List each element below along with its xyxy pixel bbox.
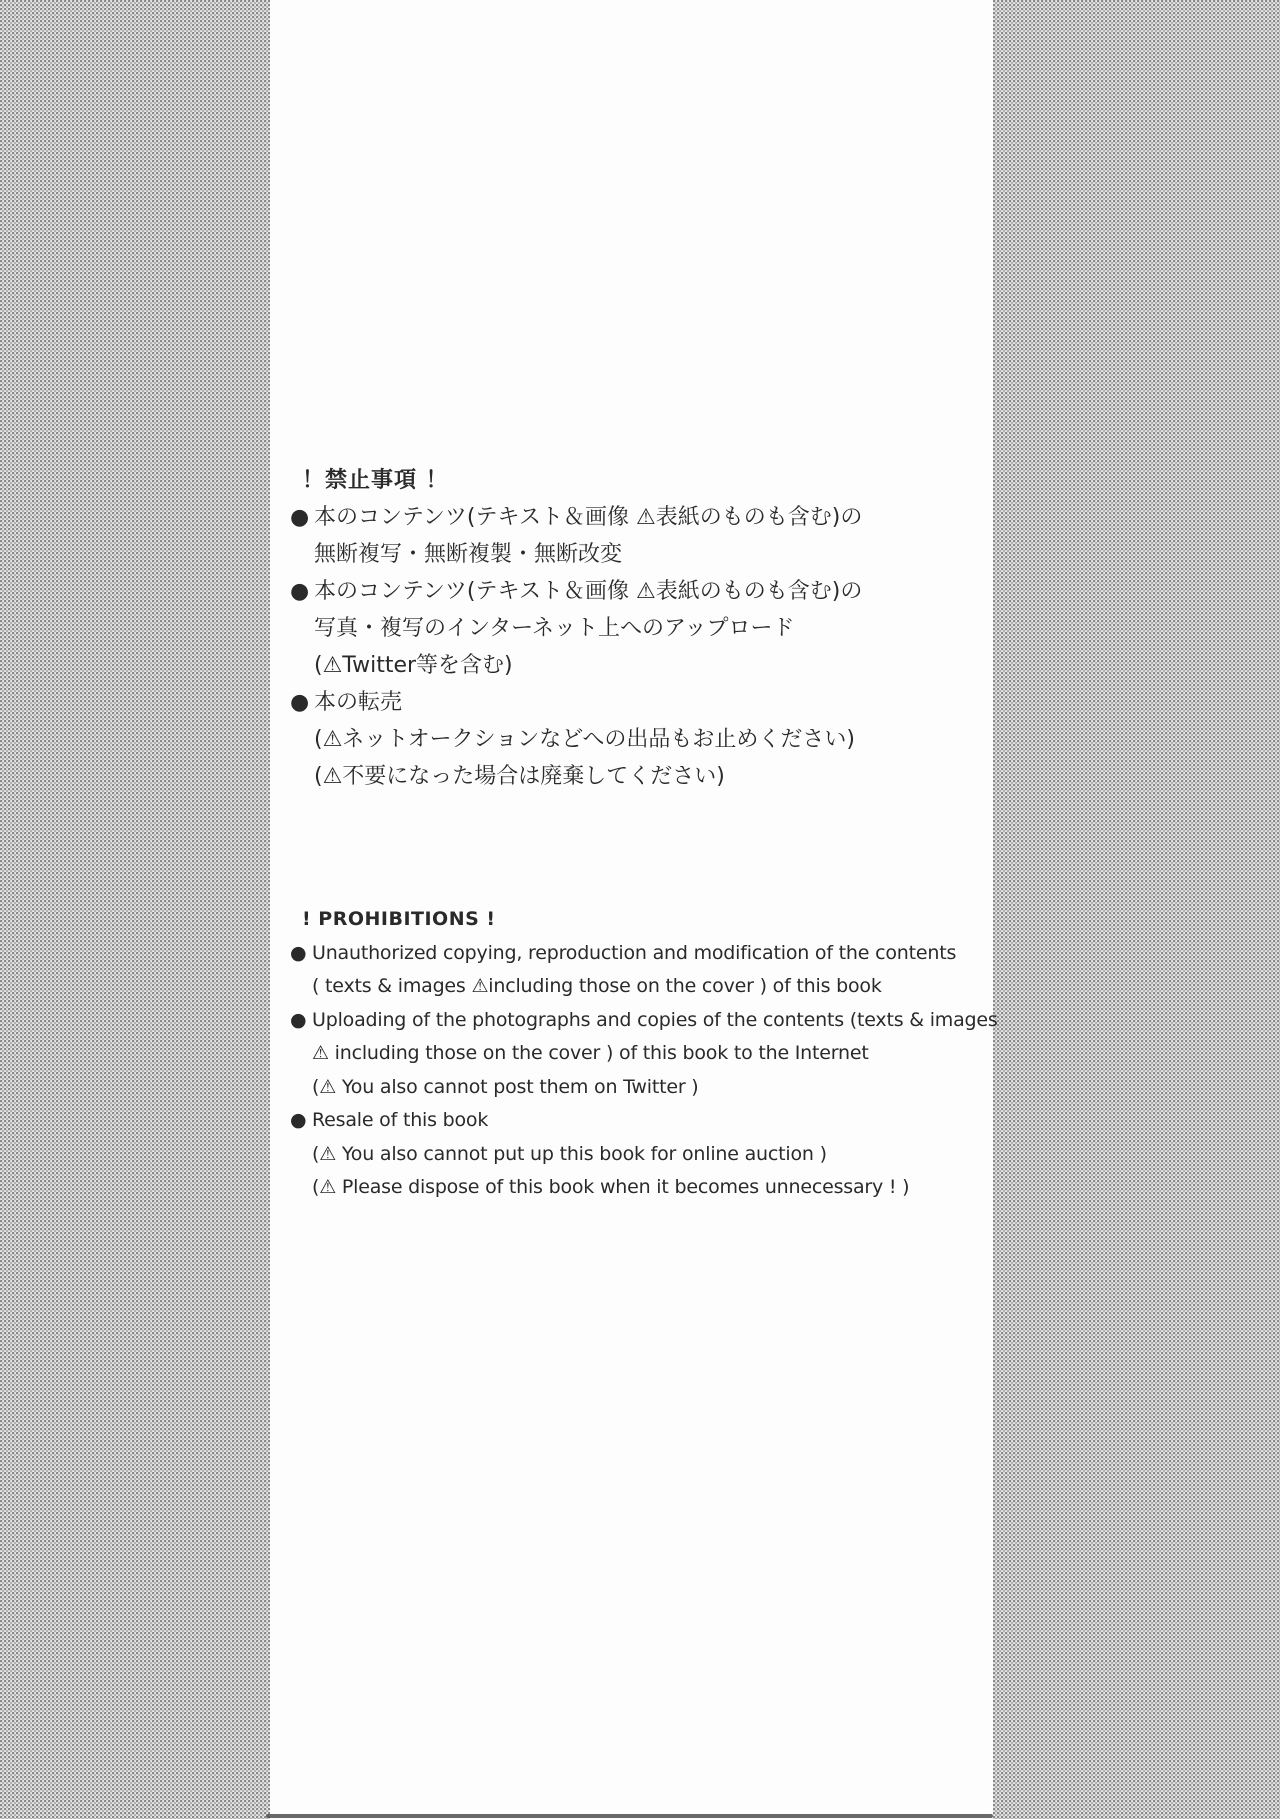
- list-line-text: (⚠ネットオークションなどへの出品もお止めください): [290, 721, 993, 758]
- bullet-icon: ●: [290, 1004, 312, 1038]
- list-line: ●Resale of this book: [290, 1104, 993, 1138]
- list-line: ●本の転売: [290, 684, 993, 721]
- scanned-page: ！禁止事項 ！ ●本のコンテンツ(テキスト＆画像 ⚠表紙のものも含む)の 無断複…: [0, 0, 1280, 1819]
- japanese-section-heading: ！禁止事項 ！: [290, 462, 993, 499]
- list-line-text: ( texts & images ⚠including those on the…: [290, 970, 993, 1004]
- list-line-text: Uploading of the photographs and copies …: [312, 1009, 998, 1031]
- list-line-text: 本の転売: [314, 690, 402, 715]
- list-line-text: ⚠ including those on the cover ) of this…: [290, 1037, 993, 1071]
- left-halftone-band: [0, 0, 270, 1819]
- english-prohibitions-section: ! PROHIBITIONS ! ●Unauthorized copying, …: [290, 903, 993, 1205]
- list-line: ●本のコンテンツ(テキスト＆画像 ⚠表紙のものも含む)の: [290, 499, 993, 536]
- list-line-text: (⚠Twitter等を含む): [290, 647, 993, 684]
- list-line-text: (⚠ You also cannot put up this book for …: [290, 1138, 993, 1172]
- list-line-text: (⚠不要になった場合は廃棄してください): [290, 758, 993, 795]
- bullet-icon: ●: [290, 684, 314, 721]
- list-line-text: 本のコンテンツ(テキスト＆画像 ⚠表紙のものも含む)の: [314, 579, 862, 604]
- list-item: ●本のコンテンツ(テキスト＆画像 ⚠表紙のものも含む)の 無断複写・無断複製・無…: [290, 499, 993, 573]
- bullet-icon: ●: [290, 573, 314, 610]
- list-line-text: Unauthorized copying, reproduction and m…: [312, 942, 956, 964]
- list-item: ●本の転売 (⚠ネットオークションなどへの出品もお止めください) (⚠不要になっ…: [290, 684, 993, 795]
- right-halftone-band: [993, 0, 1280, 1819]
- list-line-text: 本のコンテンツ(テキスト＆画像 ⚠表紙のものも含む)の: [314, 505, 862, 530]
- list-item: ●Resale of this book (⚠ You also cannot …: [290, 1104, 993, 1205]
- bullet-icon: ●: [290, 937, 312, 971]
- list-line-text: (⚠ You also cannot post them on Twitter …: [290, 1071, 993, 1105]
- list-line-text: 無断複写・無断複製・無断改変: [290, 536, 993, 573]
- list-item: ●Unauthorized copying, reproduction and …: [290, 937, 993, 1004]
- list-line-text: Resale of this book: [312, 1109, 488, 1131]
- list-line: ●Unauthorized copying, reproduction and …: [290, 937, 993, 971]
- bullet-icon: ●: [290, 499, 314, 536]
- english-section-heading: ! PROHIBITIONS !: [290, 903, 993, 937]
- list-line: ●本のコンテンツ(テキスト＆画像 ⚠表紙のものも含む)の: [290, 573, 993, 610]
- list-item: ●本のコンテンツ(テキスト＆画像 ⚠表紙のものも含む)の 写真・複写のインターネ…: [290, 573, 993, 684]
- page-bottom-edge-line: [266, 1814, 993, 1818]
- page-content: ！禁止事項 ！ ●本のコンテンツ(テキスト＆画像 ⚠表紙のものも含む)の 無断複…: [270, 0, 993, 1819]
- japanese-prohibitions-section: ！禁止事項 ！ ●本のコンテンツ(テキスト＆画像 ⚠表紙のものも含む)の 無断複…: [290, 462, 993, 795]
- bullet-icon: ●: [290, 1104, 312, 1138]
- list-line-text: (⚠ Please dispose of this book when it b…: [290, 1171, 993, 1205]
- list-item: ●Uploading of the photographs and copies…: [290, 1004, 993, 1105]
- list-line: ●Uploading of the photographs and copies…: [290, 1004, 993, 1038]
- list-line-text: 写真・複写のインターネット上へのアップロード: [290, 610, 993, 647]
